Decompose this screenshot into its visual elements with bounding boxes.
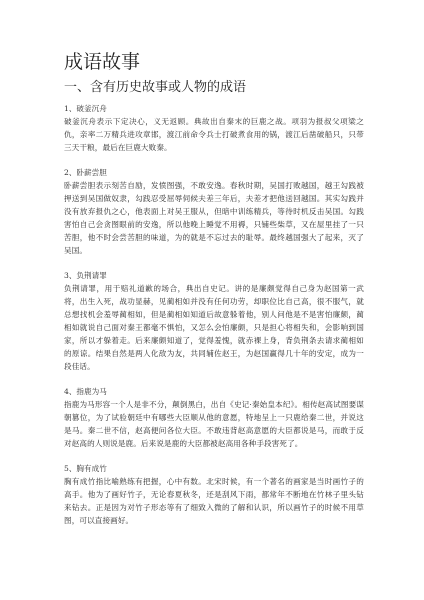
idiom-entry: 3、负荆请罪 负荆请罪，用于赔礼道歉的场合，典出自史记。讲的是廉颇觉得自己身为赵… [64,270,364,373]
idiom-title: 5、胸有成竹 [64,463,364,474]
document-title: 成语故事 [64,50,364,74]
idiom-body: 破釜沉舟表示下定决心，义无返顾。典故出自秦末的巨鹿之战。项羽为报叔父项梁之仇，亲… [64,115,364,154]
idiom-title: 1、破釜沉舟 [64,103,364,114]
idiom-title: 2、卧薪尝胆 [64,167,364,178]
idiom-title: 4、指鹿为马 [64,386,364,397]
idiom-entry: 2、卧薪尝胆 卧薪尝胆表示刻苦自励，发愤图强，不敢安逸。春秋时期，吴国打败越国，… [64,167,364,257]
idiom-entry: 4、指鹿为马 指鹿为马形容一个人是非不分，颠倒黑白，出自《史记·秦始皇本纪》。相… [64,386,364,450]
idiom-body: 卧薪尝胆表示刻苦自励，发愤图强，不敢安逸。春秋时期，吴国打败越国，越王勾践被押送… [64,179,364,257]
idiom-body: 胸有成竹指比喻熟练有把握，心中有数。北宋时候，有一个著名的画家是当时画竹子的高手… [64,475,364,527]
idiom-body: 负荆请罪，用于赔礼道歉的场合，典出自史记。讲的是廉颇觉得自己身为赵国第一武将，出… [64,282,364,373]
idiom-title: 3、负荆请罪 [64,270,364,281]
idiom-entry: 5、胸有成竹 胸有成竹指比喻熟练有把握，心中有数。北宋时候，有一个著名的画家是当… [64,463,364,527]
document-page: 成语故事 一、含有历史故事或人物的成语 1、破釜沉舟 破釜沉舟表示下定决心，义无… [64,50,364,540]
idiom-body: 指鹿为马形容一个人是非不分，颠倒黑白，出自《史记·秦始皇本纪》。相传赵高试图要谋… [64,398,364,450]
section-heading: 一、含有历史故事或人物的成语 [64,79,364,96]
idiom-entry: 1、破釜沉舟 破釜沉舟表示下定决心，义无返顾。典故出自秦末的巨鹿之战。项羽为报叔… [64,103,364,154]
